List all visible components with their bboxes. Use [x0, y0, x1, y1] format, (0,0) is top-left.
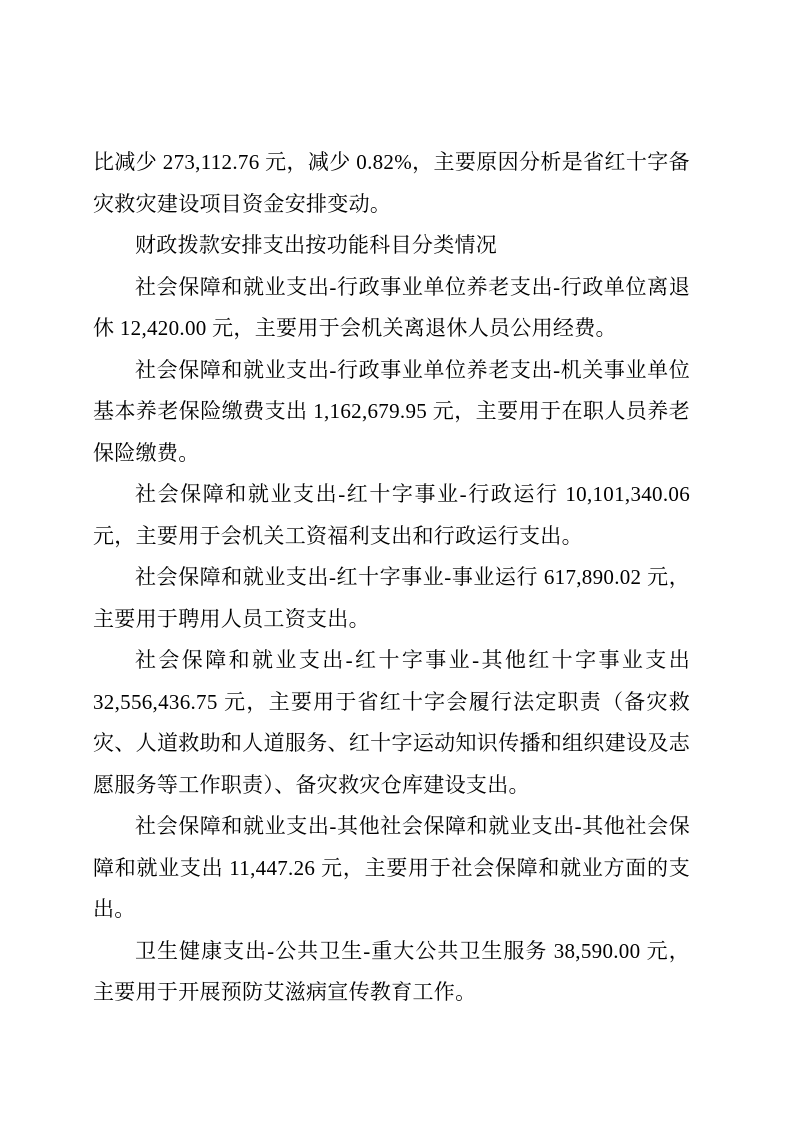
paragraph: 社会保障和就业支出-红十字事业-事业运行 617,890.02 元，主要用于聘用…: [93, 557, 690, 640]
paragraph: 社会保障和就业支出-红十字事业-其他红十字事业支出 32,556,436.75 …: [93, 640, 690, 806]
paragraph: 社会保障和就业支出-行政事业单位养老支出-行政单位离退休 12,420.00 元…: [93, 267, 690, 350]
paragraph: 卫生健康支出-公共卫生-重大公共卫生服务 38,590.00 元，主要用于开展预…: [93, 931, 690, 1014]
paragraph: 社会保障和就业支出-行政事业单位养老支出-机关事业单位基本养老保险缴费支出 1,…: [93, 350, 690, 475]
paragraph-continuation: 比减少 273,112.76 元，减少 0.82%，主要原因分析是省红十字备灾救…: [93, 142, 690, 225]
document-page: 比减少 273,112.76 元，减少 0.82%，主要原因分析是省红十字备灾救…: [0, 0, 793, 1122]
paragraph: 社会保障和就业支出-红十字事业-行政运行 10,101,340.06 元，主要用…: [93, 474, 690, 557]
paragraph: 社会保障和就业支出-其他社会保障和就业支出-其他社会保障和就业支出 11,447…: [93, 806, 690, 931]
paragraph-section-heading: 财政拨款安排支出按功能科目分类情况: [93, 225, 690, 267]
page-text-content: 比减少 273,112.76 元，减少 0.82%，主要原因分析是省红十字备灾救…: [93, 142, 690, 1014]
